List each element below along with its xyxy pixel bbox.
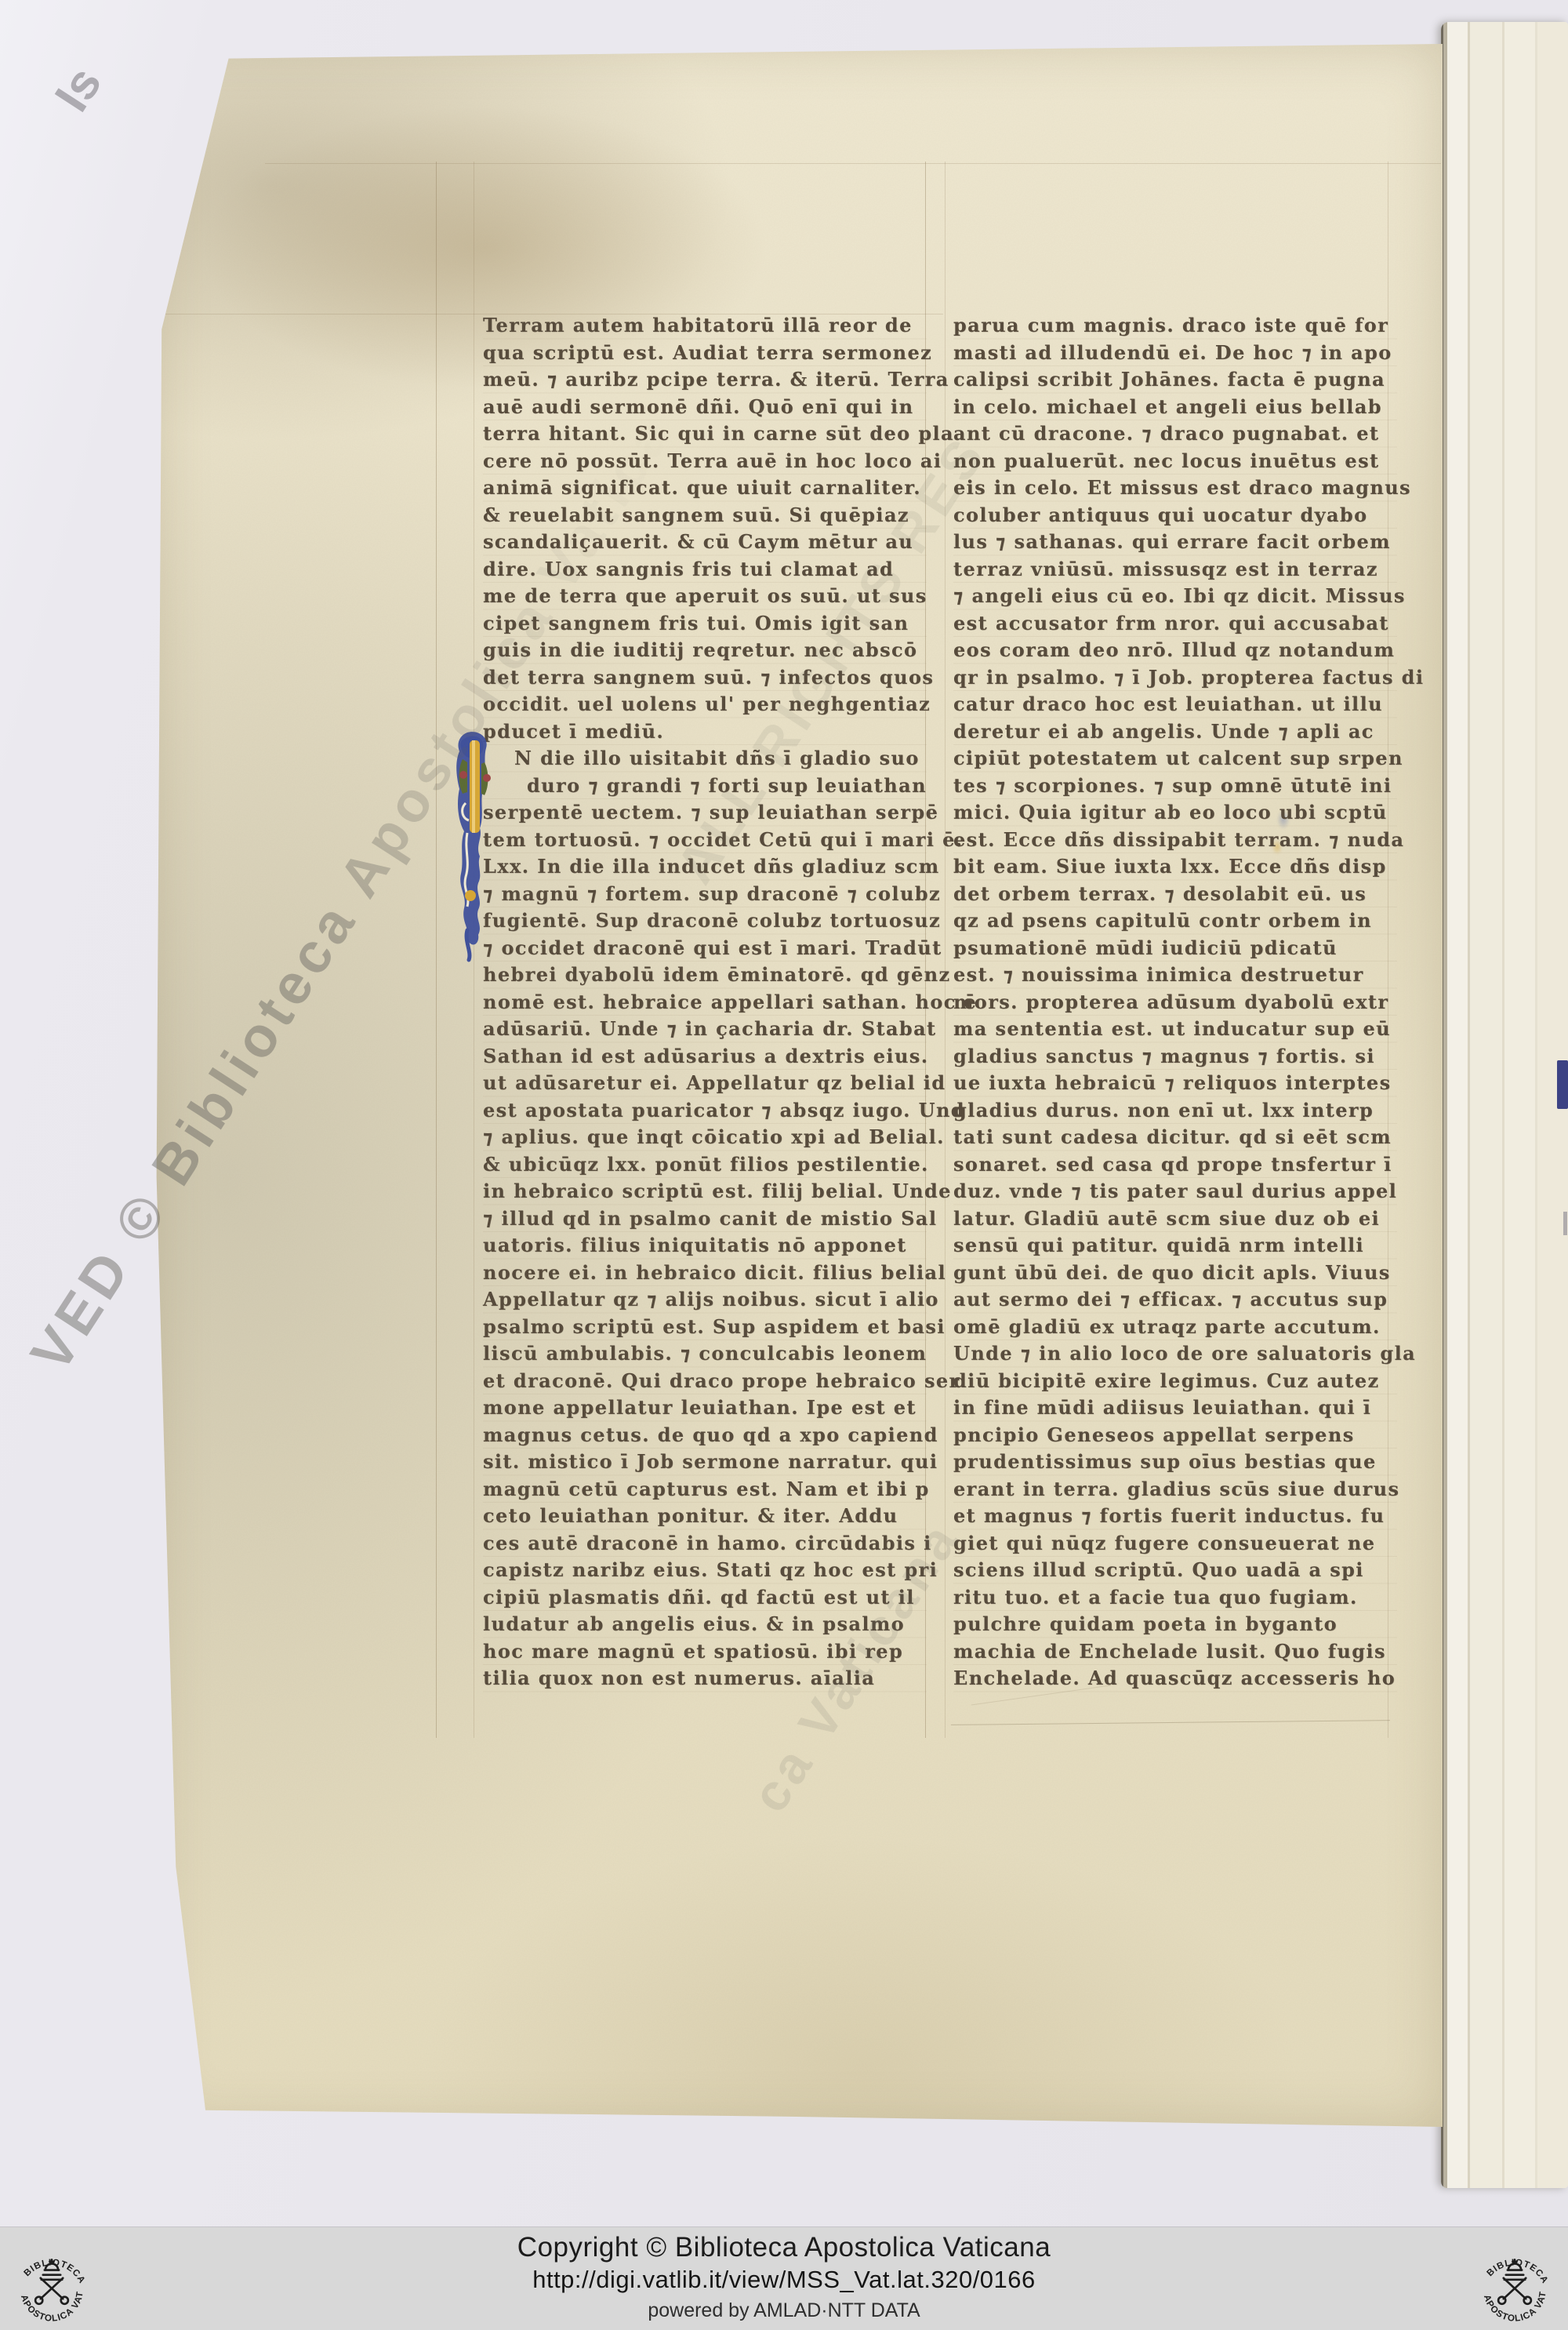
manuscript-text-line: Lxx. In die illa inducet dñs gladiuz scm bbox=[483, 853, 927, 881]
manuscript-text-line: latur. Gladiū autē scm siue duz ob ei bbox=[953, 1205, 1397, 1233]
manuscript-text-line: Enchelade. Ad quascūqz accesseris ho bbox=[953, 1665, 1397, 1692]
manuscript-text-line: sit. mistico ī Job sermone narratur. qui bbox=[483, 1449, 927, 1476]
manuscript-text-line: occidit. uel uolens ul' per neghgentiaz bbox=[483, 691, 927, 718]
manuscript-text-line: cipiūt potestatem ut calcent sup srpen bbox=[953, 745, 1397, 772]
manuscript-text-line: duro ⁊ grandi ⁊ forti sup leuiathan bbox=[483, 772, 927, 800]
manuscript-text-line: sciens illud scriptū. Quo uadā a spi bbox=[953, 1557, 1397, 1584]
manuscript-text-line: liscū ambulabis. ⁊ conculcabis leonem bbox=[483, 1340, 927, 1368]
facing-folio-edges bbox=[1441, 22, 1568, 2188]
manuscript-text-line: tati sunt cadesa dicitur. qd si eēt scm bbox=[953, 1124, 1397, 1151]
manuscript-text-line: gladius sanctus ⁊ magnus ⁊ fortis. si bbox=[953, 1043, 1397, 1070]
manuscript-text-line: qr in psalmo. ⁊ ī Job. propterea factus … bbox=[953, 664, 1397, 692]
manuscript-text-line: psumationē mūdi iudiciū pdicatū bbox=[953, 935, 1397, 962]
manuscript-text-line: aut sermo dei ⁊ efficax. ⁊ accutus sup bbox=[953, 1286, 1397, 1314]
manuscript-text-line: adūsariū. Unde ⁊ in çacharia dr. Stabat bbox=[483, 1016, 927, 1043]
manuscript-text-line: Unde ⁊ in alio loco de ore saluatoris gl… bbox=[953, 1340, 1397, 1368]
manuscript-text-line: ⁊ magnū ⁊ fortem. sup draconē ⁊ colubz bbox=[483, 881, 927, 908]
digitized-manuscript-page: Terram autem habitatorū illā reor dequa … bbox=[0, 0, 1568, 2330]
powered-by-line: powered by AMLAD·NTT DATA bbox=[0, 2299, 1568, 2322]
manuscript-text-line: Appellatur qz ⁊ alijs noibus. sicut ī al… bbox=[483, 1286, 927, 1314]
manuscript-text-line: qz ad psens capitulū contr orbem in bbox=[953, 907, 1397, 935]
manuscript-text-line: erant in terra. gladius scūs siue durus bbox=[953, 1476, 1397, 1503]
manuscript-text-line: ritu tuo. et a facie tua quo fugiam. bbox=[953, 1584, 1397, 1612]
manuscript-text-line: in fine mūdi adiisus leuiathan. qui ī bbox=[953, 1394, 1397, 1422]
illuminated-initial-I bbox=[444, 728, 508, 963]
stray-ruling-scratch bbox=[951, 1720, 1390, 1725]
manuscript-text-line: ⁊ occidet draconē qui est ī mari. Tradūt bbox=[483, 935, 927, 962]
manuscript-text-line: guis in die iuditij reqretur. nec abscō bbox=[483, 637, 927, 664]
manuscript-text-line: Terram autem habitatorū illā reor de bbox=[483, 312, 927, 340]
manuscript-text-line: ant cū dracone. ⁊ draco pugnabat. et bbox=[953, 420, 1397, 448]
ruling-line-vertical-left-margin bbox=[436, 162, 437, 1738]
manuscript-text-line: meū. ⁊ auribz pcipe terra. & iterū. Terr… bbox=[483, 366, 927, 394]
manuscript-text-line: giet qui nūqz fugere consueuerat ne bbox=[953, 1530, 1397, 1558]
manuscript-text-line: ⁊ aplius. que inqt cōicatio xpi ad Belia… bbox=[483, 1124, 927, 1151]
manuscript-text-line: terraz vniūsū. missusqz est in terraz bbox=[953, 556, 1397, 583]
manuscript-text-line: coluber antiquus qui uocatur dyabo bbox=[953, 502, 1397, 529]
manuscript-text-line: N die illo uisitabit dñs ī gladio suo bbox=[483, 745, 927, 772]
ruling-line-horizontal-top bbox=[265, 163, 1441, 164]
manuscript-text-line: cipiū plasmatis dñi. qd factū est ut il bbox=[483, 1584, 927, 1612]
manuscript-text-line: ces autē draconē in hamo. circūdabis i bbox=[483, 1530, 927, 1558]
manuscript-text-line: est accusator frm nror. qui accusabat bbox=[953, 610, 1397, 638]
manuscript-text-line: et magnus ⁊ fortis fuerit inductus. fu bbox=[953, 1503, 1397, 1530]
manuscript-text-line: ⁊ angeli eius cū eo. Ibi qz dicit. Missu… bbox=[953, 583, 1397, 610]
manuscript-text-line: est apostata puaricator ⁊ absqz iugo. Un… bbox=[483, 1097, 927, 1125]
manuscript-text-line: prudentissimus sup oīus bestias que bbox=[953, 1449, 1397, 1476]
manuscript-text-line: ⁊ illud qd in psalmo canit de mistio Sal bbox=[483, 1205, 927, 1233]
manuscript-text-line: calipsi scribit Johānes. facta ē pugna bbox=[953, 366, 1397, 394]
manuscript-text-line: tilia quox non est numerus. aīalia bbox=[483, 1665, 927, 1692]
manuscript-text-line: catur draco hoc est leuiathan. ut illu bbox=[953, 691, 1397, 718]
vatican-library-seal-right: BIBLIOTECA APOSTOLICA VATICANA bbox=[1471, 2246, 1559, 2330]
manuscript-text-line: det orbem terrax. ⁊ desolabit eū. us bbox=[953, 881, 1397, 908]
source-url: http://digi.vatlib.it/view/MSS_Vat.lat.3… bbox=[0, 2266, 1568, 2294]
facing-page-initial-fragment bbox=[1557, 1060, 1568, 1109]
facing-page-mark bbox=[1563, 1212, 1567, 1235]
manuscript-text-line: ceto leuiathan ponitur. & iter. Addu bbox=[483, 1503, 927, 1530]
manuscript-column-right: parua cum magnis. draco iste quē formast… bbox=[953, 312, 1397, 1692]
manuscript-text-line: capistz naribz eius. Stati qz hoc est pr… bbox=[483, 1557, 927, 1584]
manuscript-text-line: nomē est. hebraice appellari sathan. hoc… bbox=[483, 989, 927, 1016]
manuscript-text-line: qua scriptū est. Audiat terra sermonez bbox=[483, 340, 927, 367]
manuscript-text-line: masti ad illudendū ei. De hoc ⁊ in apo bbox=[953, 340, 1397, 367]
manuscript-text-line: pulchre quidam poeta in byganto bbox=[953, 1611, 1397, 1638]
manuscript-text-line: magnus cetus. de quo qd a xpo capiend bbox=[483, 1422, 927, 1449]
manuscript-text-line: pncipio Geneseos appellat serpens bbox=[953, 1422, 1397, 1449]
manuscript-text-line: gladius durus. non enī ut. lxx interp bbox=[953, 1097, 1397, 1125]
manuscript-text-line: non pualuerūt. nec locus inuētus est bbox=[953, 448, 1397, 475]
manuscript-text-line: magnū cetū capturus est. Nam et ibi p bbox=[483, 1476, 927, 1503]
manuscript-text-line: terra hitant. Sic qui in carne sūt deo p… bbox=[483, 420, 927, 448]
manuscript-text-line: serpentē uectem. ⁊ sup leuiathan serpē bbox=[483, 799, 927, 827]
manuscript-text-line: ue iuxta hebraicū ⁊ reliquos interptes bbox=[953, 1070, 1397, 1097]
manuscript-text-line: eos coram deo nrō. Illud qz notandum bbox=[953, 637, 1397, 664]
manuscript-text-line: ut adūsaretur ei. Appellatur qz belial i… bbox=[483, 1070, 927, 1097]
manuscript-text-line: ma sententia est. ut inducatur sup eū bbox=[953, 1016, 1397, 1043]
footer-bar: Copyright © Biblioteca Apostolica Vatica… bbox=[0, 2227, 1568, 2330]
manuscript-text-line: est. Ecce dñs dissipabit terram. ⁊ nuda bbox=[953, 827, 1397, 854]
parchment-folio: Terram autem habitatorū illā reor dequa … bbox=[155, 44, 1443, 2127]
manuscript-text-line: mone appellatur leuiathan. Ipe est et bbox=[483, 1394, 927, 1422]
manuscript-text-line: sonaret. sed casa qd prope tnsfertur ī bbox=[953, 1151, 1397, 1179]
manuscript-text-line: scandaliçauerit. & cū Caym mētur au bbox=[483, 529, 927, 556]
manuscript-text-line: eis in celo. Et missus est draco magnus bbox=[953, 474, 1397, 502]
manuscript-text-line: diū bicipitē exire legimus. Cuz autez bbox=[953, 1368, 1397, 1395]
footer-text-block: Copyright © Biblioteca Apostolica Vatica… bbox=[0, 2232, 1568, 2322]
manuscript-text-line: lus ⁊ sathanas. qui errare facit orbem bbox=[953, 529, 1397, 556]
manuscript-text-line: nocere ei. in hebraico dicit. filius bel… bbox=[483, 1260, 927, 1287]
manuscript-column-left: Terram autem habitatorū illā reor dequa … bbox=[483, 312, 927, 1692]
manuscript-text-line: psalmo scriptū est. Sup aspidem et basi bbox=[483, 1314, 927, 1341]
copyright-line: Copyright © Biblioteca Apostolica Vatica… bbox=[0, 2232, 1568, 2263]
manuscript-text-line: cere nō possūt. Terra auē in hoc loco ai bbox=[483, 448, 927, 475]
manuscript-text-line: dire. Uox sangnis fris tui clamat ad bbox=[483, 556, 927, 583]
manuscript-text-line: hoc mare magnū et spatiosū. ibi rep bbox=[483, 1638, 927, 1666]
manuscript-text-line: me de terra que aperuit os suū. ut sus bbox=[483, 583, 927, 610]
watermark-fragment-top-left: Is bbox=[44, 57, 113, 122]
manuscript-text-line: machia de Enchelade lusit. Quo fugis bbox=[953, 1638, 1397, 1666]
manuscript-text-line: cipet sangnem fris tui. Omis igit san bbox=[483, 610, 927, 638]
manuscript-text-line: det terra sangnem suū. ⁊ infectos quos bbox=[483, 664, 927, 692]
manuscript-text-line: ludatur ab angelis eius. & in psalmo bbox=[483, 1611, 927, 1638]
manuscript-text-line: in hebraico scriptū est. filij belial. U… bbox=[483, 1178, 927, 1205]
manuscript-text-line: & reuelabit sangnem suū. Si quēpiaz bbox=[483, 502, 927, 529]
manuscript-text-line: tem tortuosū. ⁊ occidet Cetū qui ī mari … bbox=[483, 827, 927, 854]
manuscript-text-line: pducet ī mediū. bbox=[483, 718, 927, 746]
manuscript-text-line: Sathan id est adūsarius a dextris eius. bbox=[483, 1043, 927, 1070]
manuscript-text-line: duz. vnde ⁊ tis pater saul durius appel bbox=[953, 1178, 1397, 1205]
manuscript-text-line: animā significat. que uiuit carnaliter. bbox=[483, 474, 927, 502]
manuscript-text-line: mici. Quia igitur ab eo loco ubi scptū bbox=[953, 799, 1397, 827]
manuscript-text-line: hebrei dyabolū idem ēminatorē. qd gēnz bbox=[483, 961, 927, 989]
manuscript-text-line: est. ⁊ nouissima inimica destruetur bbox=[953, 961, 1397, 989]
manuscript-text-line: deretur ei ab angelis. Unde ⁊ apli ac bbox=[953, 718, 1397, 746]
manuscript-text-line: in celo. michael et angeli eius bellab bbox=[953, 394, 1397, 421]
manuscript-text-line: & ubicūqz lxx. ponūt filios pestilentie. bbox=[483, 1151, 927, 1179]
manuscript-text-line: fugientē. Sup draconē colubz tortuosuz bbox=[483, 907, 927, 935]
manuscript-text-line: auē audi sermonē dñi. Quō enī qui in bbox=[483, 394, 927, 421]
manuscript-text-line: gunt ūbū dei. de quo dicit apls. Viuus bbox=[953, 1260, 1397, 1287]
manuscript-text-line: sensū qui patitur. quidā nrm intelli bbox=[953, 1232, 1397, 1260]
manuscript-text-line: mors. propterea adūsum dyabolū extr bbox=[953, 989, 1397, 1016]
manuscript-text-line: uatoris. filius iniquitatis nō apponet bbox=[483, 1232, 927, 1260]
manuscript-text-line: omē gladiū ex utraqz parte accutum. bbox=[953, 1314, 1397, 1341]
manuscript-text-line: bit eam. Siue iuxta lxx. Ecce dñs disp bbox=[953, 853, 1397, 881]
manuscript-text-line: parua cum magnis. draco iste quē for bbox=[953, 312, 1397, 340]
vatican-library-seal-left: BIBLIOTECA APOSTOLICA VATICANA bbox=[8, 2246, 96, 2330]
manuscript-text-line: tes ⁊ scorpiones. ⁊ sup omnē ūtutē ini bbox=[953, 772, 1397, 800]
manuscript-text-line: et draconē. Qui draco prope hebraico ser bbox=[483, 1368, 927, 1395]
ruling-line-vertical-intercolumn-b bbox=[945, 162, 946, 1738]
